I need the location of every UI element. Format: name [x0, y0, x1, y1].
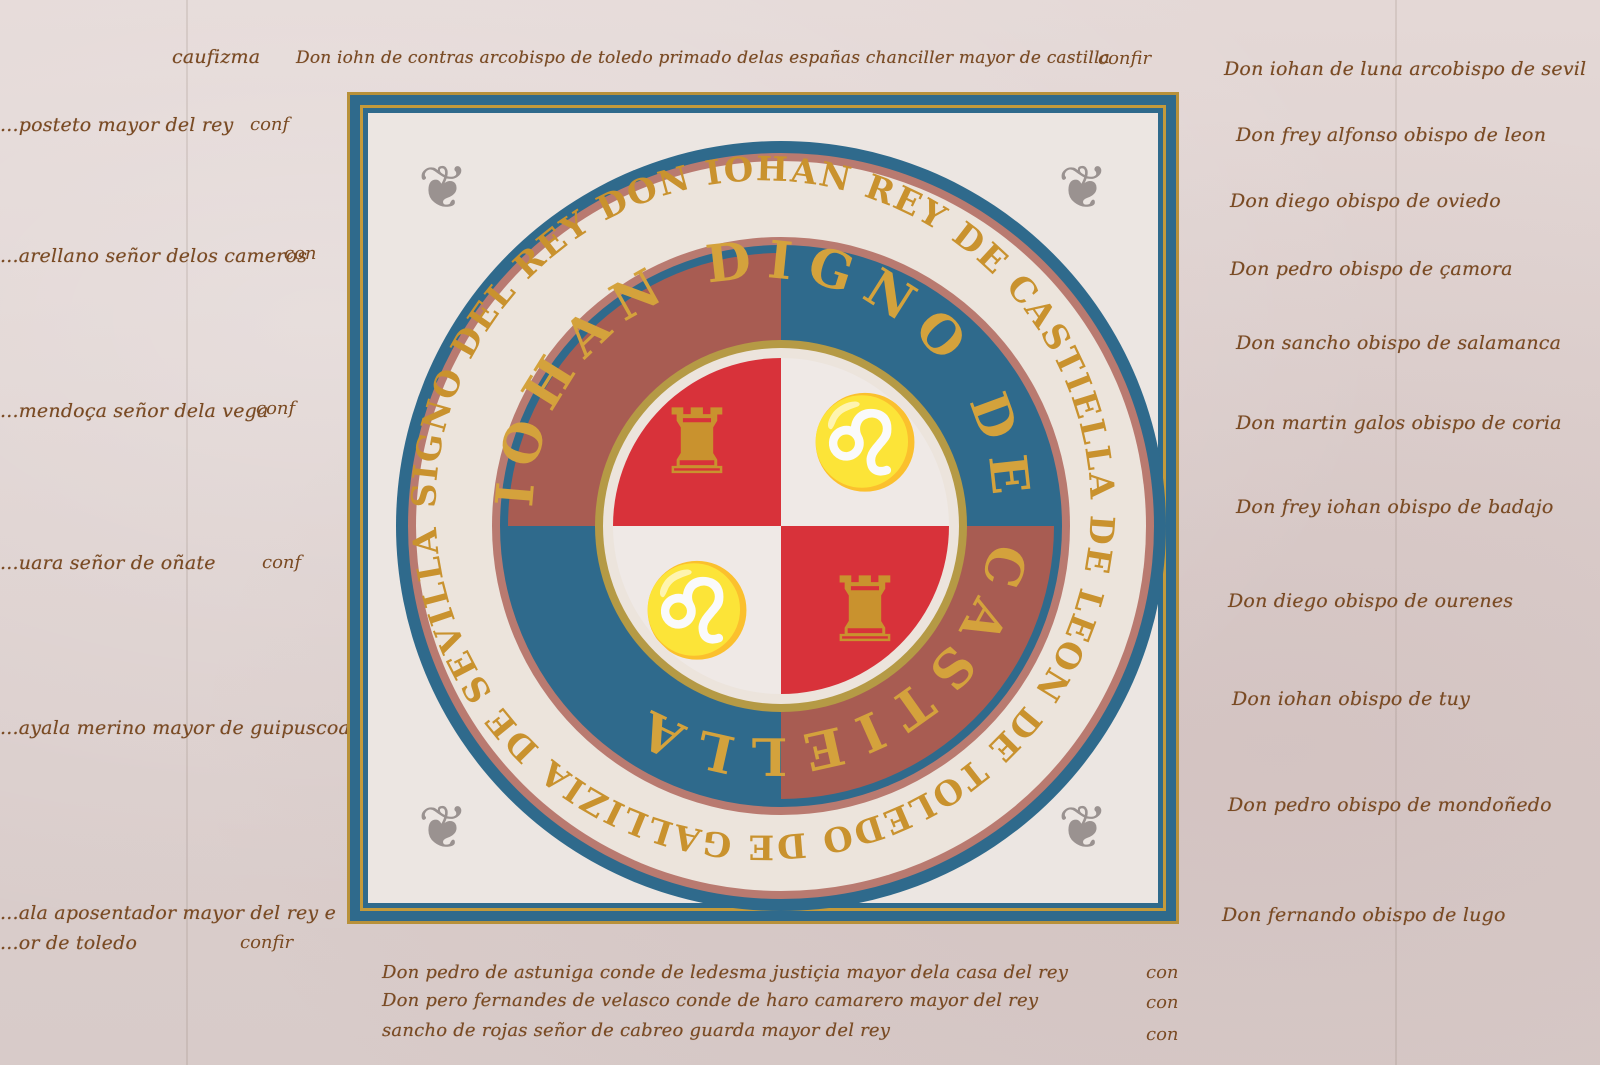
bottom-conf: con [1146, 962, 1179, 983]
top-conf: confir [1098, 48, 1151, 69]
bottom-conf: con [1146, 992, 1179, 1013]
right-witness-line: Don diego obispo de ourenes [1228, 590, 1513, 612]
right-witness-line: Don pedro obispo de mondoñedo [1228, 794, 1552, 816]
left-conf: con [284, 243, 317, 264]
right-witness-line: Don frey alfonso obispo de leon [1236, 124, 1546, 146]
right-witness-line: Don sancho obispo de salamanca [1236, 332, 1561, 354]
seal-ground: ❦ ❦ ❦ ❦ SIGNO DEL REY DON IOHAN REY DE C… [368, 113, 1158, 903]
right-witness-line: Don iohan obispo de tuy [1232, 688, 1470, 710]
bottom-witness-line: Don pero fernandes de velasco conde de h… [382, 990, 1038, 1011]
castle-icon: ♜ [781, 526, 949, 694]
left-witness-line: ...uara señor de oñate [0, 552, 216, 574]
left-conf: conf [256, 398, 295, 419]
right-witness-line: Don frey iohan obispo de badajo [1236, 496, 1553, 518]
right-witness-line: Don pedro obispo de çamora [1230, 258, 1513, 280]
left-witness-line: ...or de toledo [0, 932, 137, 954]
right-witness-line: Don diego obispo de oviedo [1230, 190, 1501, 212]
left-conf: conf [262, 552, 301, 573]
lion-icon: ♌ [613, 526, 781, 694]
left-witness-line: ...arellano señor delos cameros [0, 245, 307, 267]
left-conf: confir [240, 932, 293, 953]
left-witness-line: ...ayala merino mayor de guipuscoa [0, 717, 350, 739]
left-witness-line: ...posteto mayor del rey [0, 114, 234, 136]
bottom-witness-line: sancho de rojas señor de cabreo guarda m… [382, 1020, 890, 1041]
right-witness-line: Don martin galos obispo de coria [1236, 412, 1562, 434]
royal-seal: ❦ ❦ ❦ ❦ SIGNO DEL REY DON IOHAN REY DE C… [347, 92, 1179, 924]
castle-icon: ♜ [613, 358, 781, 526]
left-witness-line: ...mendoça señor dela vega [0, 400, 269, 422]
coat-of-arms: ♜ ♌ ♌ ♜ [613, 358, 949, 694]
bottom-witness-line: Don pedro de astuniga conde de ledesma j… [382, 962, 1068, 983]
bottom-conf: con [1146, 1024, 1179, 1045]
top-witness-line: Don iohn de contras arcobispo de toledo … [296, 48, 1110, 68]
lion-icon: ♌ [781, 358, 949, 526]
left-witness-line: ...ala aposentador mayor del rey e [0, 902, 336, 924]
right-witness-line: Don fernando obispo de lugo [1222, 904, 1506, 926]
left-conf: conf [250, 114, 289, 135]
right-witness-line: Don iohan de luna arcobispo de sevil [1224, 58, 1586, 80]
top-left-fragment: caufizma [172, 46, 260, 68]
